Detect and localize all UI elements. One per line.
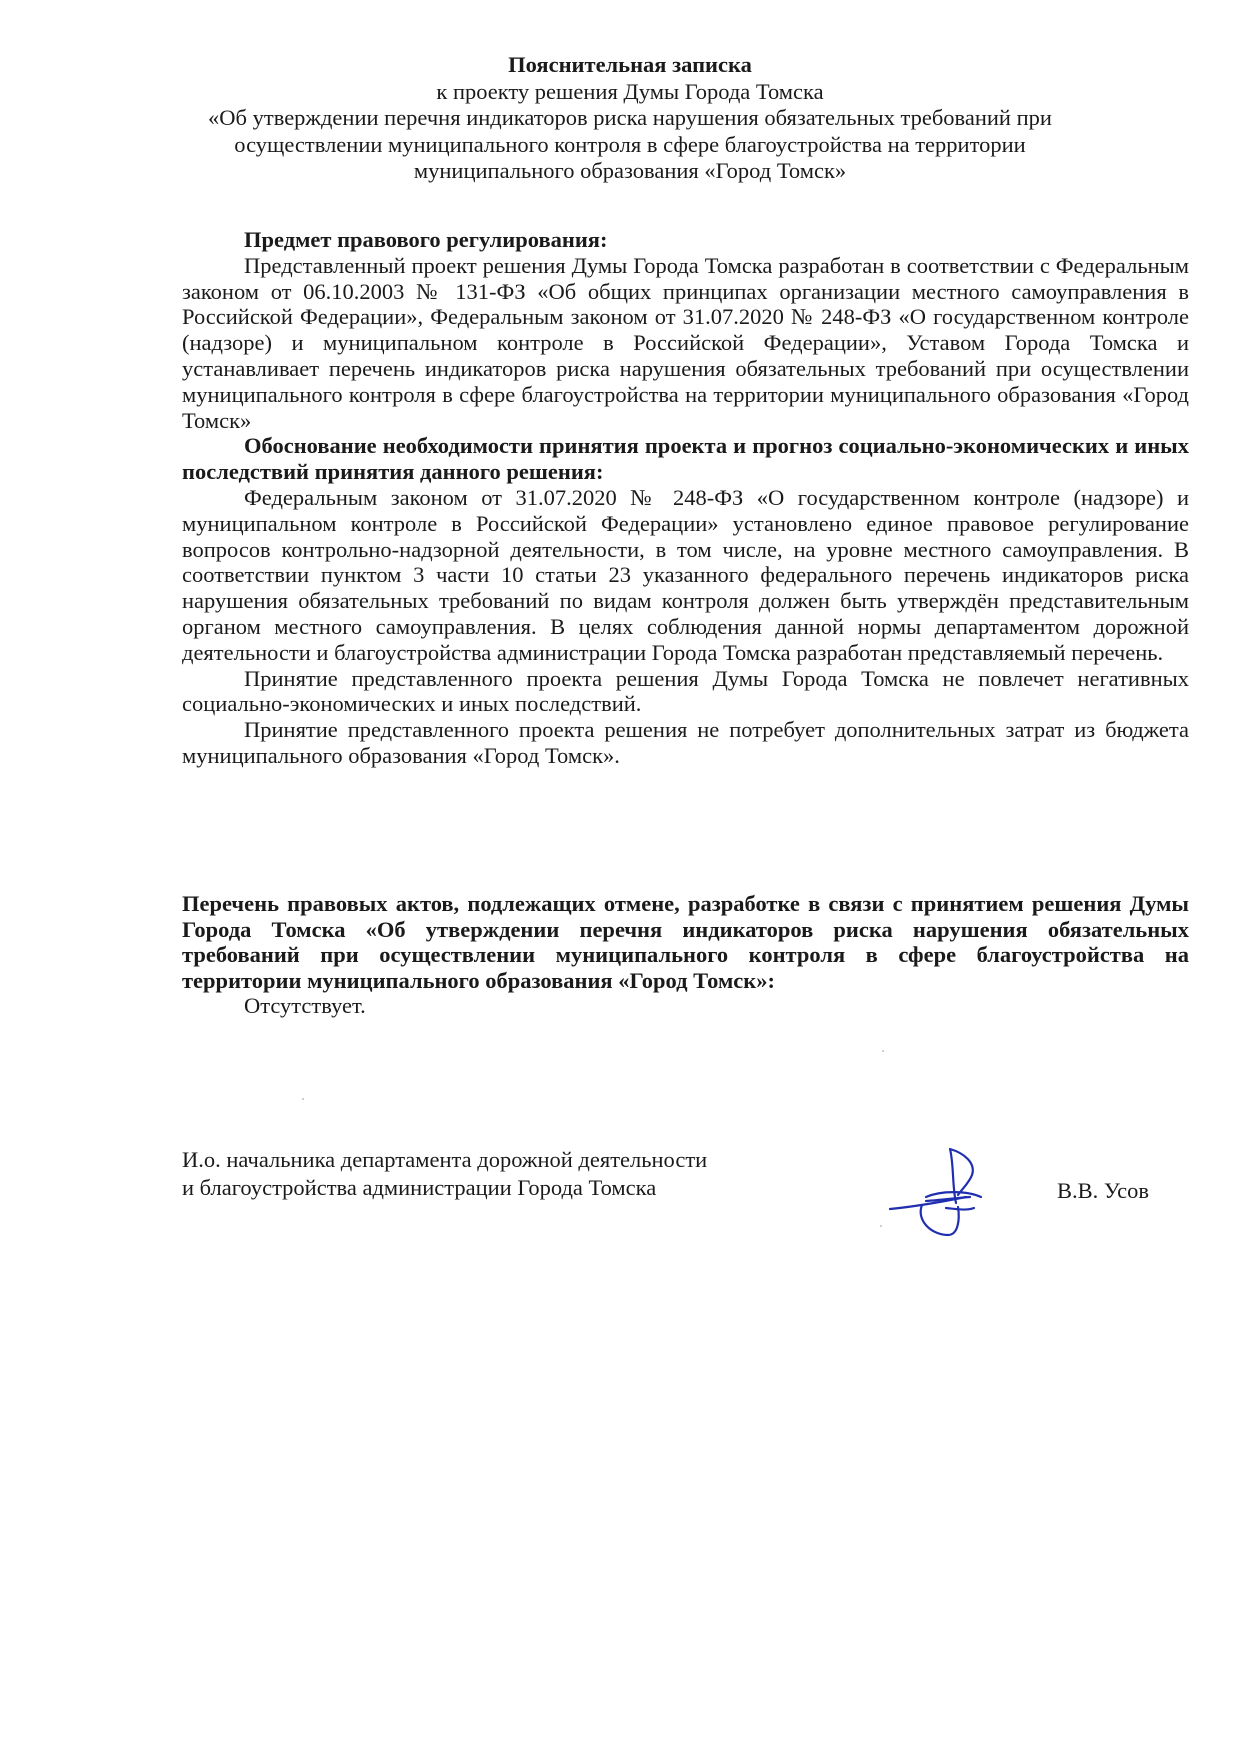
signer-name: В.В. Усов	[1057, 1178, 1149, 1204]
subtitle-line: к проекту решения Думы Города Томска	[180, 79, 1080, 106]
position-line: И.о. начальника департамента дорожной де…	[182, 1146, 802, 1174]
scan-speck	[880, 1225, 882, 1227]
paragraph: Принятие представленного проекта решения…	[182, 717, 1189, 769]
paragraph: Отсутствует.	[182, 993, 1189, 1019]
subtitle-line: «Об утверждении перечня индикаторов риск…	[180, 105, 1080, 132]
paragraph: Представленный проект решения Думы Город…	[182, 253, 1189, 434]
subtitle-line: муниципального образования «Город Томск»	[180, 158, 1080, 185]
section-heading-justification: Обоснование необходимости принятия проек…	[182, 433, 1189, 485]
subtitle-line: осуществлении муниципального контроля в …	[180, 132, 1080, 159]
section-heading-legal-acts: Перечень правовых актов, подлежащих отме…	[182, 891, 1189, 993]
signatory-position: И.о. начальника департамента дорожной де…	[182, 1146, 802, 1202]
paragraph: Федеральным законом от 31.07.2020 № 248-…	[182, 485, 1189, 666]
document-page: Пояснительная записка к проекту решения …	[0, 0, 1240, 1753]
position-line: и благоустройства администрации Города Т…	[182, 1174, 802, 1202]
paragraph: Принятие представленного проекта решения…	[182, 666, 1189, 718]
document-title: Пояснительная записка	[180, 52, 1080, 79]
document-body: Предмет правового регулирования: Предста…	[182, 227, 1189, 769]
document-header: Пояснительная записка к проекту решения …	[180, 52, 1080, 185]
scan-speck	[302, 1098, 304, 1100]
document-body-acts: Перечень правовых актов, подлежащих отме…	[182, 891, 1189, 1019]
section-heading-subject: Предмет правового регулирования:	[182, 227, 1189, 253]
scan-speck	[882, 1050, 884, 1052]
handwritten-signature-icon	[886, 1145, 996, 1245]
